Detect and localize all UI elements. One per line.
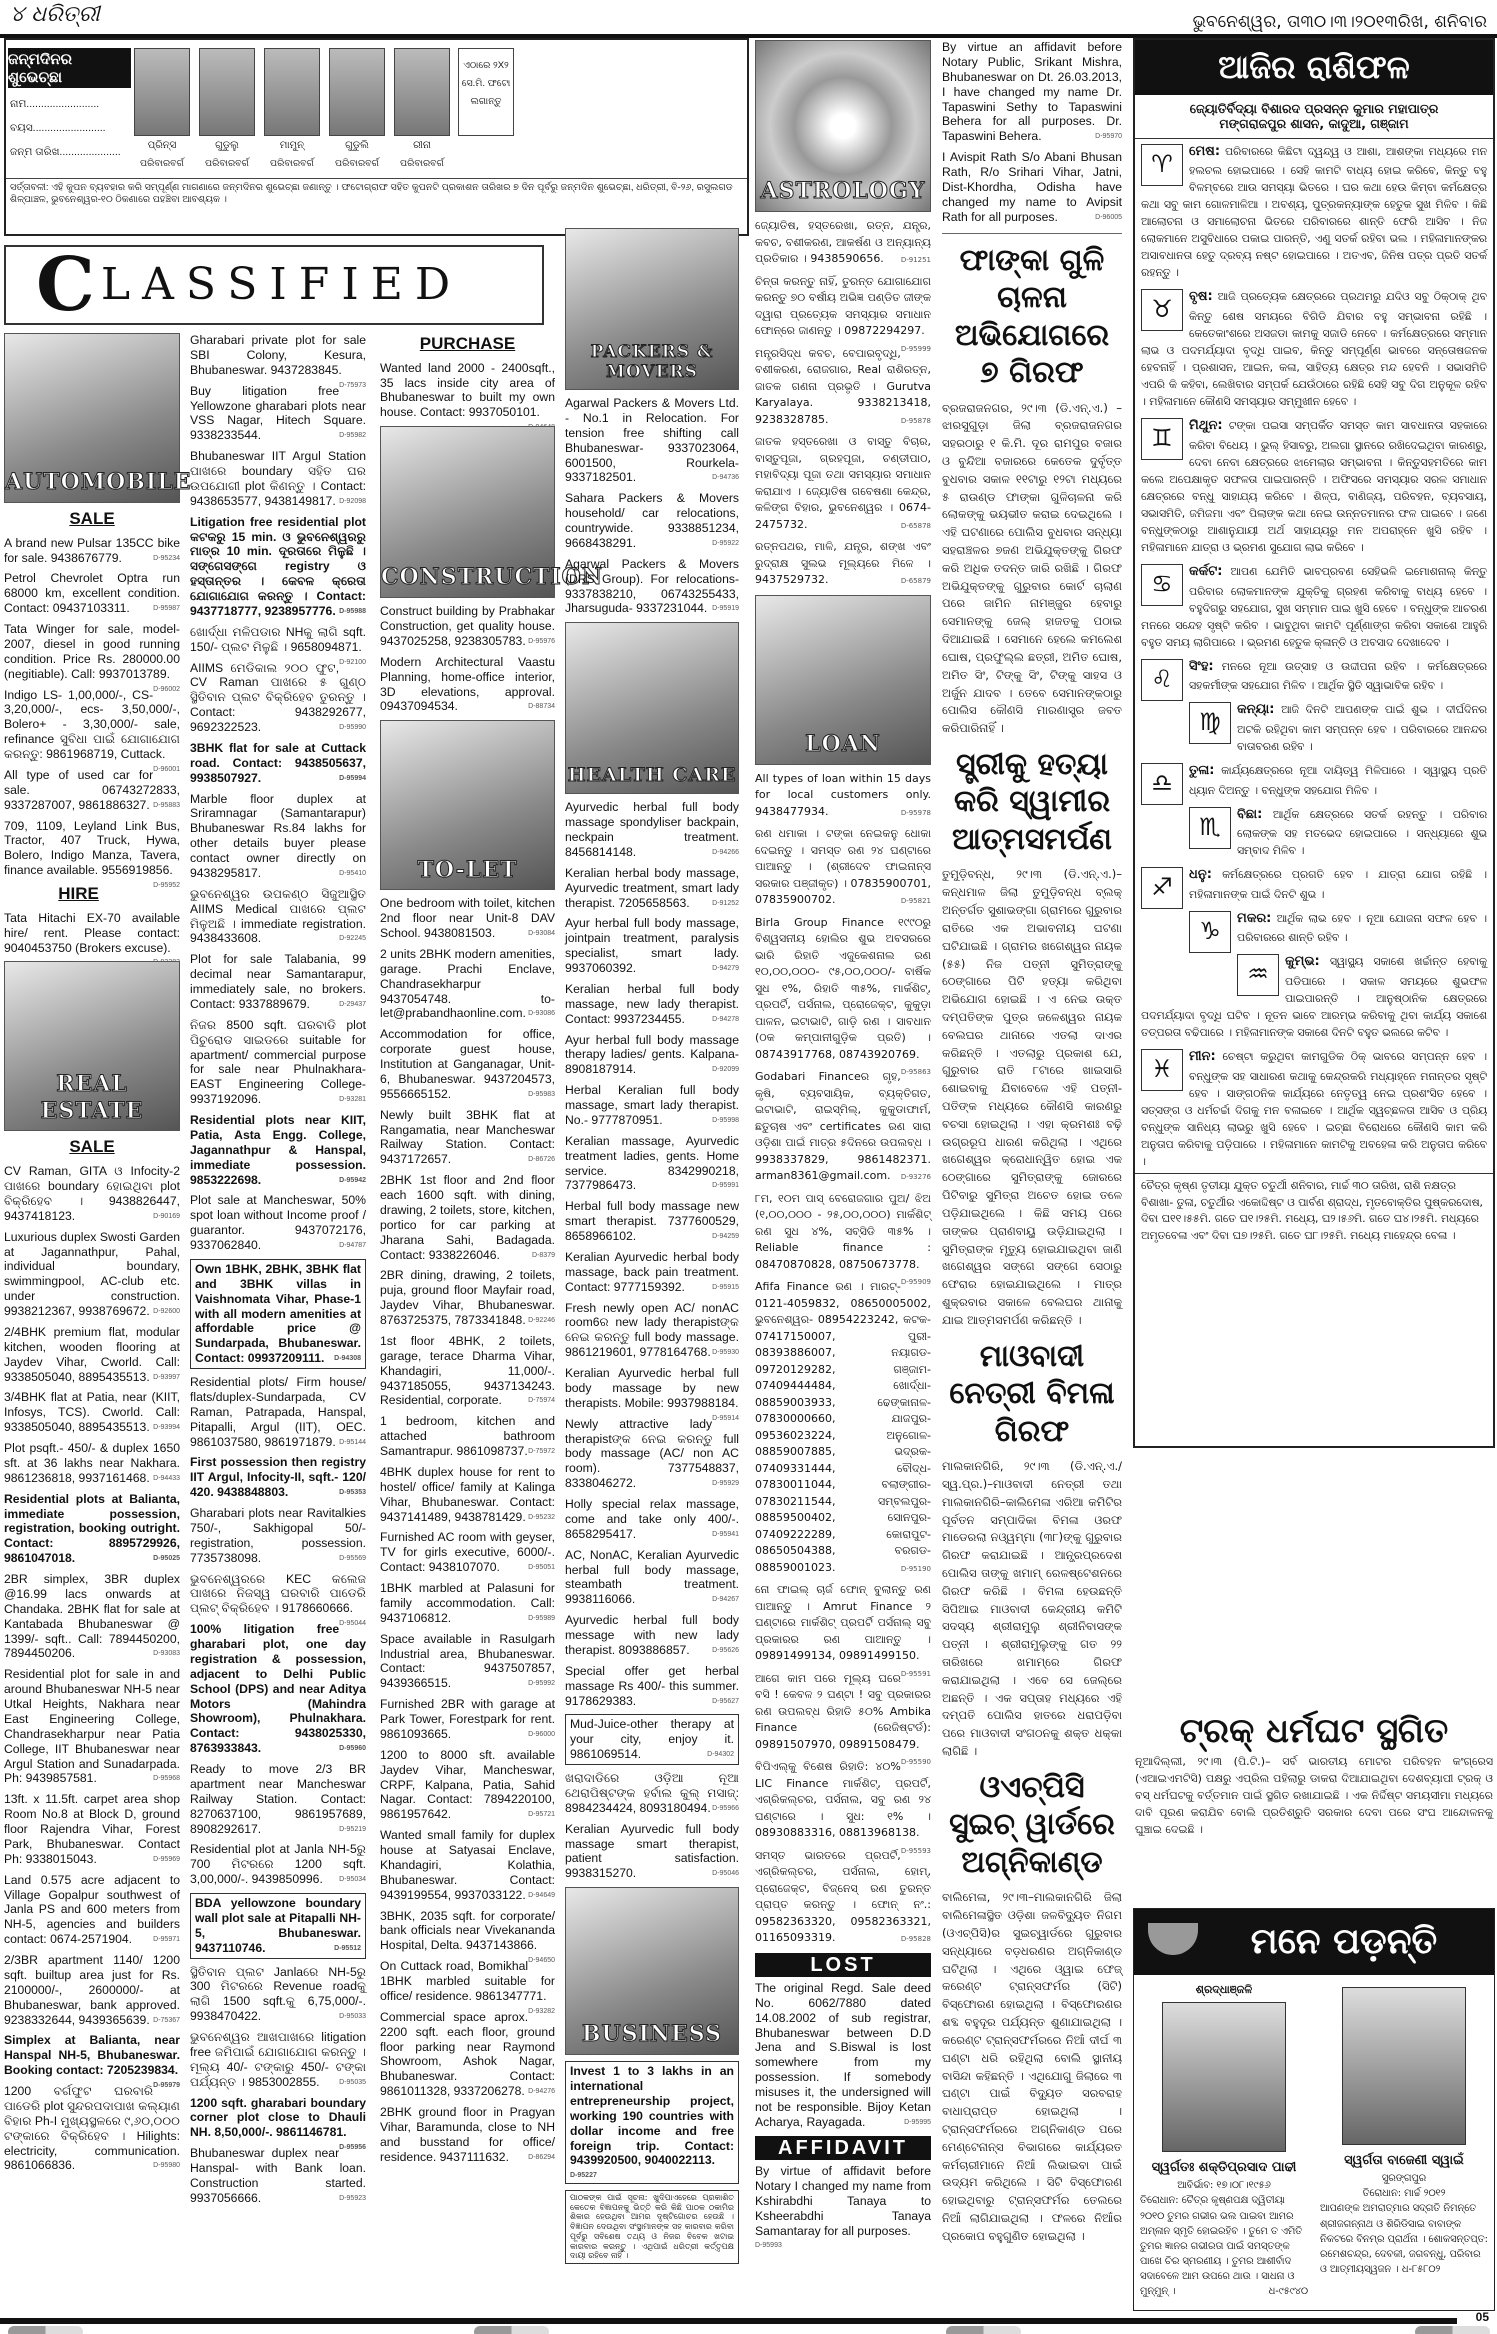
obituary-right: ସ୍ୱର୍ଗତା ବାଜେଣୀ ସ୍ୱାଇଁ ସୁରଙ୍ଗପୁର ତିରୋଧାନ…	[1320, 1987, 1488, 2277]
ad-code: D-95863	[901, 1067, 931, 1078]
classified-ad: Ayur herbal full body massage therapy la…	[565, 1033, 739, 1078]
page-tab	[8, 2326, 83, 2334]
classified-ad: Afifa Finance ରଣ । ମାରଟ୍- 0121-4059832, …	[755, 1279, 931, 1576]
column-astrology-loan: ASTROLOGY ଜ୍ୟୋତିଷ, ହସ୍ତରେଖା, ରତ୍ନ, ଯନ୍ତ୍…	[755, 40, 931, 2257]
ad-code: D-95626	[712, 1647, 739, 1656]
child-photo	[199, 48, 255, 136]
classified-ad: Commercial space aprox. 2200 sqft. each …	[380, 2010, 555, 2099]
business-ad: Invest 1 to 3 lakhs in an international …	[565, 2061, 739, 2184]
classified-ad: 1200 sqft. gharabari boundary corner plo…	[190, 2096, 366, 2141]
dob-field: ଜନ୍ମ ତାରିଖ.....................	[10, 146, 121, 159]
child-name: ଗୁଡୁଲି	[322, 140, 392, 152]
ad-code: D-86294	[528, 2154, 555, 2163]
child-family: ପରିବାରବର୍ଗ	[322, 158, 392, 170]
ad-code: D-94267	[712, 1596, 739, 1605]
ad-code: D-95978	[901, 808, 931, 819]
obituary-photo	[1342, 1987, 1466, 2145]
automobile-image: AUTOMOBILE	[4, 333, 180, 503]
ad-code: D-95232	[528, 1514, 555, 1523]
classified-ad: ଭୁବନେଶ୍ୱର ଉପକଣ୍ଠ ସିଜୁଆସ୍ଥିତ AIIMS Medica…	[190, 887, 366, 947]
column-packers-health: PACKERS & MOVERS Agarwal Packers & Mover…	[565, 228, 739, 2270]
ad-code: D-95941	[712, 1531, 739, 1540]
news-headline: ଓଏଚ୍‌ପିସି ସୁଇଚ୍ ୱାର୍ଡରେ ଅଗ୍ନିକାଣ୍ଡ	[942, 1769, 1122, 1882]
rashifal-astrologer: ଜ୍ୟୋତିର୍ବିଦ୍ୟା ବିଶାରଦ ପ୍ରସନ୍ନ କୁମାର ମହାପ…	[1135, 95, 1493, 139]
age-field: ବୟସ.........................	[10, 122, 106, 135]
classified-ad: ବିପିଏଲ୍‌କୁ ବିଶେଷ ରିହାତି: ୪୦% LIC Finance…	[755, 1759, 931, 1842]
classified-ad: Bhubaneswar IIT Argul Station ପାଖରେ boun…	[190, 449, 366, 509]
obituary-left: ଶ୍ରଦ୍ଧାଞ୍ଜଳି ସ୍ୱର୍ଗତଃ ଶକ୍ତିପ୍ରସାଦ ପାଢୀ ଆ…	[1140, 1981, 1308, 2300]
classified-ad: 3BHK, 2035 sqft. for corporate/ bank off…	[380, 1909, 555, 1954]
ad-code: D-8379	[532, 1252, 555, 1261]
ad-code: D-91251	[901, 255, 931, 266]
classified-ad: All type of used car for sale. 067432728…	[4, 768, 180, 813]
rashi-item: ♍କନ୍ୟା: ଆଜି ଦିନଟି ଆପଣଙ୍କ ପାଇଁ ଶୁଭ । ଦୀର୍…	[1135, 697, 1493, 758]
classified-ad: 2BHK ground floor in Pragyan Vihar, Bara…	[380, 2105, 555, 2165]
classified-ad: Herbal Keralian full body massage, smart…	[565, 1083, 739, 1128]
classified-ad: 13ft. x 11.5ft. carpet area shop Room No…	[4, 1792, 180, 1866]
ad-code: D-96002	[153, 686, 180, 695]
classified-ad: Plot sale at Mancheswar, 50% spot loan w…	[190, 1193, 366, 1253]
classified-ad: Tata Winger for sale, model-2007, diesel…	[4, 622, 180, 682]
rashi-item: ♏ବିଛା: ଆର୍ଥିକ କ୍ଷେତ୍ରରେ ସତର୍କ ରହନ୍ତୁ । ପ…	[1135, 802, 1493, 863]
ad-code: D-95960	[339, 1745, 366, 1754]
ad-code: D-95991	[712, 1182, 739, 1191]
classified-ad: Holly special relax massage, come and ta…	[565, 1497, 739, 1542]
classified-ad: Residential plot for sale in and around …	[4, 1667, 180, 1786]
classified-ad: One bedroom with toilet, kitchen 2nd flo…	[380, 896, 555, 941]
classified-ad: Accommodation for office, corporate gues…	[380, 1027, 555, 1101]
classified-ad: Tata Hitachi EX-70 available hire/ rent.…	[4, 911, 180, 956]
realestate-image: REAL ESTATE	[4, 961, 180, 1131]
sale-heading-2: SALE	[4, 1137, 180, 1158]
column-plots: Gharabari private plot for sale SBI Colo…	[190, 333, 366, 2212]
classified-ad: Godabari Financeର ଗୃହ, କୃଷି, ବ୍ୟବସାୟିକ, …	[755, 1069, 931, 1185]
ad-code: D-65878	[901, 521, 931, 532]
classified-ad: ନୋ ଫାଇଲ୍ ଚାର୍ଜ ଫୋନ୍ ବୁଲାନ୍ତୁ ରଣ ପାଆନ୍ତୁ …	[755, 1582, 931, 1665]
rashi-name: ବୃଷ:	[1189, 289, 1213, 304]
page-tab	[474, 2326, 549, 2334]
classified-ad: Buy litigation free Yellowzone gharabari…	[190, 384, 366, 444]
zodiac-icon: ♏	[1189, 807, 1231, 849]
classified-ad: Litigation free residential plot କଟକରୁ 1…	[190, 515, 366, 619]
truck-headline: ଟ୍ରକ୍ ଧର୍ମଘଟ ସ୍ଥଗିତ	[1135, 1710, 1493, 1753]
affidavit-heading: AFFIDAVIT	[755, 2136, 931, 2160]
ad-code: D-95969	[153, 1856, 180, 1865]
ad-code: D-95979	[153, 2082, 180, 2091]
ad-code: D-95990	[339, 724, 366, 733]
classified-ad: Luxurious duplex Swosti Garden at Jagann…	[4, 1230, 180, 1319]
ad-code: D-95144	[339, 1439, 366, 1448]
ad-code: D-93086	[528, 1010, 555, 1019]
classified-ad: ଆଗେ କାମ ପରେ ମୂଲ୍ୟ ଘରେ ବସି ! କେବଳ ୨ ଘଣ୍ଟା…	[755, 1671, 931, 1754]
classified-ad: Herbal full body massage new smart thera…	[565, 1199, 739, 1244]
rashi-item: ♑ମକର: ଆର୍ଥିକ ଲାଭ ହେବ । ନୂଆ ଯୋଜନା ସଫଳ ହେବ…	[1135, 906, 1493, 950]
classified-ad: ରଣ ଧମାକା । ଟଙ୍କା ନେଇକନୁ ଧୋକା ଦେଇନ୍ତୁ । ସ…	[755, 826, 931, 909]
classified-ad: Fresh newly open AC/ nonAC room6ର new la…	[565, 1301, 739, 1361]
obituary-photo	[1162, 2002, 1286, 2152]
ad-code: D-94276	[528, 2088, 555, 2097]
ad-code: D-94433	[153, 1475, 180, 1484]
photo-slot: ଏଠାରେ ୨X୨ ସେ.ମି. ଫଟୋ ଲଗାନ୍ତୁ	[458, 48, 514, 136]
ad-code: D-93276	[901, 1172, 931, 1183]
birthday-terms: ସର୍ତ୍ତାବଳୀ: ଏହି କୁପନ ବ୍ୟବହାର କରି ସମ୍ପୂର୍…	[6, 178, 747, 208]
rashi-name: ମେଷ:	[1189, 144, 1220, 159]
affidavit-ad: By virtue of affidavit before Notary I c…	[755, 2164, 931, 2251]
ad-code: D-95828	[901, 1934, 931, 1945]
dateline: ଭୁବନେଶ୍ୱର, ତା୩୦।୩।୨୦୧୩ରିଖ, ଶନିବାର	[1193, 12, 1487, 33]
ad-code: D-92245	[339, 935, 366, 944]
classified-ad: ଜ୍ୟୋତିଷ, ହସ୍ତରେଖା, ରତ୍ନ, ଯନ୍ତ୍ର, କବଚ, ବଶ…	[755, 218, 931, 268]
classified-ad: Petrol Chevrolet Optra run 68000 km, exc…	[4, 571, 180, 616]
rashi-name: ମୀନ:	[1189, 1049, 1216, 1064]
classified-ad: Gharabari private plot for sale SBI Colo…	[190, 333, 366, 378]
ad-code: D-95590	[901, 1757, 931, 1768]
ad-code: D-95988	[339, 608, 366, 617]
ad-code: D-95989	[528, 1615, 555, 1624]
ad-code: D-95930	[712, 1349, 739, 1358]
ad-code: D-95512	[334, 1945, 361, 1954]
column-automobile-realestate: AUTOMOBILE SALE A brand new Pulsar 135CC…	[4, 333, 180, 2179]
classified-ad: 1200 ବର୍ଗଫୁଟ ଘରବାରି ପାଡେରି plot ସୁନ୍ଦରପଦ…	[4, 2084, 180, 2173]
disclaimer: ପାଠକଙ୍କ ପାଇଁ ସୂଚନା: ଖୁଦିପାଏହେରେ ପ୍ରକାଶିତ…	[565, 2190, 739, 2264]
classified-ad: Mud-Juice-other therapy at your city, en…	[565, 1714, 739, 1765]
classified-ad: 2BR simplex, 3BR duplex @16.99 lacs onwa…	[4, 1572, 180, 1661]
ad-code: D-95046	[712, 1870, 739, 1879]
classified-ad: Ayur herbal full body massage, jointpain…	[565, 916, 739, 976]
ad-code: D-94787	[339, 1242, 366, 1251]
rashifal-title: ଆଜିର ରାଶିଫଳ	[1135, 40, 1493, 95]
classified-ad: Agarwal Packers & Movers Ltd. - No.1 in …	[565, 396, 739, 485]
ad-code: D-95591	[901, 1669, 931, 1680]
rashifal-box: ଆଜିର ରାଶିଫଳ ଜ୍ୟୋତିର୍ବିଦ୍ୟା ବିଶାରଦ ପ୍ରସନ୍…	[1133, 38, 1495, 1448]
truck-body: ନୂଆଦିଲ୍ଲୀ, ୨୯।୩ (ପି.ଟି.)– ସର୍ବ ଭାରତୀୟ ମୋ…	[1135, 1753, 1493, 1838]
rashi-item: ♎ତୁଳା: କାର୍ଯ୍ୟକ୍ଷେତ୍ରରେ ନୂଆ ଦାୟିତ୍ୱ ମିଳି…	[1135, 758, 1493, 802]
ad-code: D-95976	[528, 638, 555, 647]
bottom-rule	[0, 2318, 1457, 2324]
lost-ad: The original Regd. Sale deed No. 6062/78…	[755, 1981, 931, 2130]
ad-code: D-94302	[707, 1751, 734, 1760]
ad-code: D-95219	[339, 1826, 366, 1835]
classified-ad: I Avispit Rath S/o Abani Bhusan Rath, R/…	[942, 150, 1122, 224]
classified-ad: ଖୋର୍ଦ୍ଧା ମଳିପଡାର NHକୁ ଲାଗି sqft. 150/- ପ…	[190, 625, 366, 655]
column-affidavits-news: By virtue an affidavit before Notary Pub…	[942, 40, 1122, 2246]
news-body: ବ୍ରଜରାଜନଗର, ୨୯।୩ (ଡି.ଏନ୍.ଏ.) – ଝାରସୁଗୁଡ଼…	[942, 400, 1122, 738]
zodiac-icon: ♓	[1141, 1049, 1183, 1091]
child-name: ମାମୁନ୍	[257, 140, 327, 152]
ad-code: D-95353	[339, 1489, 366, 1498]
classified-ad: Keralian Ayurvedic herbal full body mass…	[565, 1366, 739, 1411]
classified-ad: First possession then registry IIT Argul…	[190, 1455, 366, 1500]
classified-ad: 2 units 2BHK modern amenities, garage. P…	[380, 947, 555, 1021]
classified-ad: ନିଜର 8500 sqft. ଘରବାଡି plot ପିଚୁରୋଡ ସାଇଡ…	[190, 1018, 366, 1107]
ad-code: D-93994	[153, 1424, 180, 1433]
rashi-name: ମକର:	[1237, 911, 1271, 926]
ad-code: D-75972	[528, 1448, 555, 1457]
news-body: ବାଲିମେଳା, ୨୯।୩–ମାଲକାନଗିରି ଜିଲା ବାଲିମେଳାସ…	[942, 1889, 1122, 2245]
rashi-item: ♉ବୃଷ: ଆଜି ପ୍ରତ୍ୟେକ କ୍ଷେତ୍ରରେ ପ୍ରଥମରୁ ଯଦି…	[1135, 284, 1493, 413]
ad-code: D-65879	[901, 576, 931, 587]
child-photo	[264, 48, 320, 136]
classified-ad: 4BHK duplex house for rent to hostel/ of…	[380, 1465, 555, 1525]
rashi-item: ♊ମିଥୁନ: ଟଙ୍କା ପଇସା ସମ୍ପର୍କିତ ସମସ୍ତ କାମ ସ…	[1135, 413, 1493, 559]
ad-code: D-95593	[901, 1846, 931, 1857]
classified-ad: Residential plots at Balianta, immediate…	[4, 1492, 180, 1566]
classified-ad: 709, 1109, Leyland Link Bus, Tractor, 40…	[4, 819, 180, 879]
ad-code: D-95034	[339, 1876, 366, 1885]
classified-ad: Ayurvedic herbal full body massage spond…	[565, 800, 739, 860]
zodiac-icon: ♈	[1141, 144, 1183, 186]
classified-ad: Newly attractive lady therapistଙ୍କ ନେଇ କ…	[565, 1417, 739, 1491]
classified-ad: 2/3BR apartment 1140/ 1200 sqft. builtup…	[4, 1953, 180, 2027]
rashi-item: ♓ମୀନ: ଚେଷ୍ଟା କରୁଥିବା କାମଗୁଡିକ ଠିକ୍ ଭାବରେ…	[1135, 1044, 1493, 1173]
zodiac-icon: ♉	[1141, 289, 1183, 331]
rashi-item: ♒କୁମ୍ଭ: ସ୍ୱାସ୍ଥ୍ୟ ସକାଶେ ଖର୍ଚ୍ଚାନ୍ତ ହେବାକ…	[1135, 949, 1493, 1044]
zodiac-icon: ♊	[1141, 418, 1183, 460]
ad-code: D-93083	[153, 1650, 180, 1659]
zodiac-icon: ♒	[1237, 954, 1279, 996]
ad-code: D-94649	[528, 1892, 555, 1901]
ad-code: D-93084	[528, 930, 555, 939]
ad-code: D-93997	[153, 1374, 180, 1383]
child-photo	[329, 48, 385, 136]
classified-ad: Special offer get herbal massage Rs 400/…	[565, 1664, 739, 1709]
tolet-image: TO-LET	[380, 720, 555, 890]
ad-code: D-95971	[153, 1936, 180, 1945]
rashi-name: ସିଂହ:	[1189, 659, 1214, 674]
page-number: 05	[1476, 2310, 1489, 2325]
sale-heading: SALE	[4, 509, 180, 530]
classified-ad: Sahara Packers & Movers household/ car r…	[565, 491, 739, 551]
healthcare-image: HEALTH CARE	[565, 622, 739, 794]
child-name: ରୀନା	[387, 140, 457, 152]
classified-ad: 2BHK 1st floor and 2nd floor each 1600 s…	[380, 1173, 555, 1262]
mone-padanti-box: ମନେ ପଡ଼ନ୍ତି ଶ୍ରଦ୍ଧାଞ୍ଜଳି ସ୍ୱର୍ଗତଃ ଶକ୍ତିପ…	[1133, 1908, 1495, 2311]
classified-ad: Keralian Ayurvedic full body massage sma…	[565, 1822, 739, 1882]
classified-ad: Ayurvedic herbal full body message with …	[565, 1613, 739, 1658]
ad-code: D-75974	[528, 1397, 555, 1406]
news-headline: ଫାଙ୍କା ଗୁଳି ଚାଳନା ଅଭିଯୋଗରେ ୭ ଗିରଫ	[942, 242, 1122, 392]
child-family: ପରିବାରବର୍ଗ	[192, 158, 262, 170]
classified-ad: Residential plots/ Firm house/ flats/dup…	[190, 1375, 366, 1449]
astrology-image: ASTROLOGY	[755, 40, 931, 212]
mone-padanti-title: ମନେ ପଡ଼ନ୍ତି	[1134, 1909, 1494, 1975]
zodiac-icon: ♐	[1141, 867, 1183, 909]
page-tab	[946, 2326, 1021, 2334]
rashi-name: କନ୍ୟା:	[1237, 702, 1274, 717]
ad-code: D-95987	[153, 605, 180, 614]
classified-ad: Indigo LS- 1,00,000/-, CS- 3,20,000/-, e…	[4, 688, 180, 762]
lost-heading: LOST	[755, 1953, 931, 1977]
page-label: ୪ ଧରିତ୍ରୀ	[10, 2, 100, 29]
classified-ad: Wanted small family for duplex house at …	[380, 1828, 555, 1902]
ad-code: D-92246	[528, 1317, 555, 1326]
rashi-name: କୁମ୍ଭ:	[1285, 954, 1320, 969]
zodiac-icon: ♌	[1141, 659, 1183, 701]
zodiac-icon: ♎	[1141, 763, 1183, 805]
rashi-name: ଧନୁ:	[1189, 867, 1212, 882]
news-body: ମାଲକାନଗିରି, ୨୯।୩ (ଡି.ଏନ୍.ଏ./ ସ୍ୱ.ପ୍ର.)–ମ…	[942, 1458, 1122, 1761]
name-field: ନାମ.........................	[10, 98, 99, 111]
child-photo	[134, 48, 190, 136]
ad-code: D-95983	[528, 1091, 555, 1100]
ad-code: D-95923	[339, 2195, 366, 2204]
classified-ad: 2/4BHK premium flat, modular kitchen, wo…	[4, 1325, 180, 1385]
classified-ad: All types of loan within 15 days for loc…	[755, 771, 931, 821]
classified-ad: CV Raman, GITA ଓ Infocity-2 ପାଖରେ bounda…	[4, 1164, 180, 1224]
birthday-coupon: ଜନ୍ମଦିନର ଶୁଭେଚ୍ଛା ନାମ...................…	[4, 38, 749, 236]
classified-ad: Simplex at Balianta, near Hanspal NH-5, …	[4, 2033, 180, 2078]
ad-code: D-95992	[528, 1680, 555, 1689]
rashi-item: ♋କର୍କଟ: ଆପଣ ଯେମିତି ଭାବପ୍ରବଣ ସେହିଭଳି ଇମୋଶ…	[1135, 559, 1493, 654]
ad-code: D-95821	[901, 896, 931, 907]
ad-code: D-95234	[153, 555, 180, 564]
classified-banner: C LASSIFIED	[4, 245, 544, 325]
ad-code: D-95914	[712, 1415, 739, 1424]
ad-code: D-92099	[712, 1066, 739, 1075]
classified-ad: AIIMS ମେଡିକାଲ ୨୦୦ ଫୁଟ, CV Raman ପାଖରେ ୫ …	[190, 661, 366, 735]
ad-code: D-95044	[339, 1620, 366, 1629]
ad-code: D-29437	[339, 1001, 366, 1010]
classified-ad: Residential plots near KIIT, Patia, Asta…	[190, 1113, 366, 1187]
rashi-item: ♌ସିଂହ: ମନରେ ନୂଆ ଉତ୍ସାହ ଓ ଉଦ୍ଦୀପନା ରହିବ ।…	[1135, 654, 1493, 698]
child-family: ପରିବାରବର୍ଗ	[387, 158, 457, 170]
ad-code: D-94736	[712, 474, 739, 483]
child-name: ପ୍ରିନ୍ସ	[127, 140, 197, 152]
classified-ad: 1200 to 8000 sft. available Jaydev Vihar…	[380, 1748, 555, 1822]
ad-code: D-95909	[901, 1277, 931, 1288]
child-name: ଗୁଡୁଲୁ	[192, 140, 262, 152]
ad-code: D-94259	[712, 1233, 739, 1242]
classified-ad: On Cuttack road, Bomikhal 1BHK marbled s…	[380, 1959, 555, 2004]
ad-code: D-95033	[339, 2013, 366, 2022]
classified-ad: ଭୁବନେଶ୍ୱର ଆଖପାଖରେ litigation free ଜମିପାଇ…	[190, 2030, 366, 2090]
classified-ad: Wanted land 2000 - 2400sqft., 35 lacs in…	[380, 361, 555, 421]
construction-image: CONSTRUCTION	[380, 426, 555, 598]
classified-ad: Space available in Rasulgarh Industrial …	[380, 1632, 555, 1692]
news-headline: ମାଓବାଦୀ ନେତ୍ରୀ ବିମଳା ଗିରଫ	[942, 1338, 1122, 1451]
ad-code: D-95929	[712, 1480, 739, 1489]
ad-code: D-95998	[712, 1117, 739, 1126]
classified-ad: Furnished AC room with geyser, TV for gi…	[380, 1530, 555, 1575]
classified-ad: Furnished 2BR with garage at Park Tower,…	[380, 1697, 555, 1742]
classified-ad: 3/4BHK flat at Patia, near (KIIT, Infosy…	[4, 1390, 180, 1435]
classified-ad: Agarwal Packers & Movers (DRS Group). Fo…	[565, 557, 739, 617]
child-photo	[394, 48, 450, 136]
ad-code: D-95569	[339, 1555, 366, 1564]
classified-ad: Keralian massage, Ayurvedic treatment la…	[565, 1134, 739, 1194]
classified-ad: Own 1BHK, 2BHK, 3BHK flat and 3BHK villa…	[190, 1259, 366, 1369]
ad-code: D-95035	[339, 2079, 366, 2088]
ad-code: D-95883	[153, 802, 180, 811]
ad-code: D-95980	[153, 2162, 180, 2171]
ad-code: D-93281	[339, 1096, 366, 1105]
classified-ad: 1 bedroom, kitchen and attached bathroom…	[380, 1414, 555, 1459]
ad-code: D-95970	[1095, 133, 1122, 142]
classified-ad: 1st floor 4BHK, 2 toilets, garage, terac…	[380, 1334, 555, 1408]
zodiac-icon: ♍	[1189, 702, 1231, 744]
classified-ad: By virtue an affidavit before Notary Pub…	[942, 40, 1122, 144]
ad-code: D-95025	[153, 1555, 180, 1564]
classified-ad: Land 0.575 acre adjacent to Village Gopa…	[4, 1873, 180, 1947]
ad-code: D-92600	[153, 1308, 180, 1317]
classified-rest: LASSIFIED	[101, 258, 462, 312]
ad-code: D-95051	[528, 1564, 555, 1573]
ad-code: D-94650	[528, 1957, 555, 1966]
classified-ad: Birla Group Finance ୧୯୯୦ରୁ ବିଶ୍ୱସନୀୟ ହୋଲ…	[755, 915, 931, 1064]
panjika: ଚୈତ୍ର କୃଷ୍ଣ ତୃତୀୟା ଯୁକ୍ତ ଚତୁର୍ଥୀ ଶନିବାର,…	[1135, 1173, 1493, 1249]
ad-code: D-95966	[712, 1805, 739, 1814]
ad-code: D-95627	[712, 1698, 739, 1707]
ad-code: D-94308	[334, 1355, 361, 1364]
ad-code: D-95956	[339, 2144, 366, 2153]
rashi-name: ବିଛା:	[1237, 807, 1262, 822]
ad-code: D-95999	[901, 344, 931, 355]
ad-code: D-96001	[153, 766, 180, 775]
zodiac-icon: ♋	[1141, 564, 1183, 606]
classified-ad: Keralian Ayurvedic herbal body massage, …	[565, 1250, 739, 1295]
news-headline: ସ୍ତ୍ରୀକୁ ହତ୍ୟା କରି ସ୍ୱାମୀର ଆତ୍ମସମର୍ପଣ	[942, 746, 1122, 859]
ad-code: D-95721	[528, 1811, 555, 1820]
ad-code: D-93282	[528, 2008, 555, 2017]
ad-code: D-94266	[712, 849, 739, 858]
ad-code: D-94279	[712, 965, 739, 974]
lamp-icon	[1148, 1923, 1198, 1955]
classified-ad: Plot for sale Talabania, 99 decimal near…	[190, 952, 366, 1012]
rashi-name: ତୁଳା:	[1189, 763, 1215, 778]
rashi-item: ♐ଧନୁ: କର୍ମକ୍ଷେତ୍ରରେ ପ୍ରଗତି ହେବ । ଯାତ୍ରା …	[1135, 862, 1493, 906]
classified-ad: Construct building by Prabhakar Construc…	[380, 604, 555, 649]
ad-code: D-95968	[153, 1775, 180, 1784]
classified-ad: AC, NonAC, Keralian Ayurvedic herbal ful…	[565, 1548, 739, 1608]
classified-ad: Bhubaneswar duplex near Hanspal- with Ba…	[190, 2146, 366, 2206]
classified-ad: Marble floor duplex at Sriramnagar (Sama…	[190, 792, 366, 881]
classified-ad: ଖରାଦାଡିରେ ଓଡ଼ିଆ ନୂଆ ଥେରାପିଷ୍ଟଙ୍କ ହର୍ବାଲ …	[565, 1771, 739, 1816]
ad-code: D-88734	[528, 703, 555, 712]
ad-code: D-75367	[153, 2017, 180, 2026]
classified-ad: Keralian herbal body massage, Ayurvedic …	[565, 866, 739, 911]
loan-image: LOAN	[755, 595, 931, 765]
child-family: ପରିବାରବର୍ଗ	[257, 158, 327, 170]
ad-code: D-95190	[901, 1564, 931, 1575]
ad-code: D-95878	[901, 416, 931, 427]
ad-code: D-95410	[339, 870, 366, 879]
truck-news: ଟ୍ରକ୍ ଧର୍ମଘଟ ସ୍ଥଗିତ ନୂଆଦିଲ୍ଲୀ, ୨୯।୩ (ପି.…	[1135, 1710, 1493, 1838]
ad-code: D-94278	[712, 1016, 739, 1025]
ad-code: D-95915	[712, 1284, 739, 1293]
ad-code: D-95952	[153, 882, 180, 891]
classified-ad: ଜାତକ ହସ୍ତରେଖା ଓ ବାସ୍ତୁ ବିଚାର, ବାସ୍ତୁପୂଜା…	[755, 434, 931, 533]
classified-ad: Ready to move 2/3 BR apartment near Manc…	[190, 1762, 366, 1836]
ad-code: D-95994	[339, 775, 366, 784]
column-purchase-tolet: PURCHASE Wanted land 2000 - 2400sqft., 3…	[380, 330, 555, 2171]
rashi-item: ♈ମେଷ: ପରିବାରରେ କିଛିଟା ଦ୍ୱନ୍ଦ୍ୱ ଓ ଆଶା, ଆଶ…	[1135, 139, 1493, 285]
classified-ad: Residential plot at Janla NH-5ରୁ 700 ମିଟ…	[190, 1842, 366, 1887]
news-body: ତୁମୁଡ଼ିବନ୍ଧ, ୨୯।୩ (ଡି.ଏନ୍.ଏ.)– କନ୍ଧମାଳ ଜ…	[942, 866, 1122, 1329]
ad-code: D-92098	[339, 498, 366, 507]
ad-code: D-96000	[528, 1731, 555, 1740]
ad-code: D-91252	[712, 900, 739, 909]
classified-ad: ସ୍ଥିତିବାନ ପ୍ଲଟ Janlaରେ NH-5ରୁ 300 ମିଟରରେ…	[190, 1965, 366, 2025]
page-tab	[1415, 2326, 1490, 2334]
ad-code: D-86726	[528, 1156, 555, 1165]
business-image: BUSINESS	[565, 1887, 739, 2055]
ad-code: D-75973	[339, 382, 366, 391]
rashi-name: କର୍କଟ:	[1189, 564, 1222, 579]
packers-image: PACKERS & MOVERS	[565, 228, 739, 390]
classified-ad: Keralian herbal full body massage, new l…	[565, 982, 739, 1027]
ad-code: D-90169	[153, 1213, 180, 1222]
rashi-name: ମିଥୁନ:	[1189, 418, 1223, 433]
